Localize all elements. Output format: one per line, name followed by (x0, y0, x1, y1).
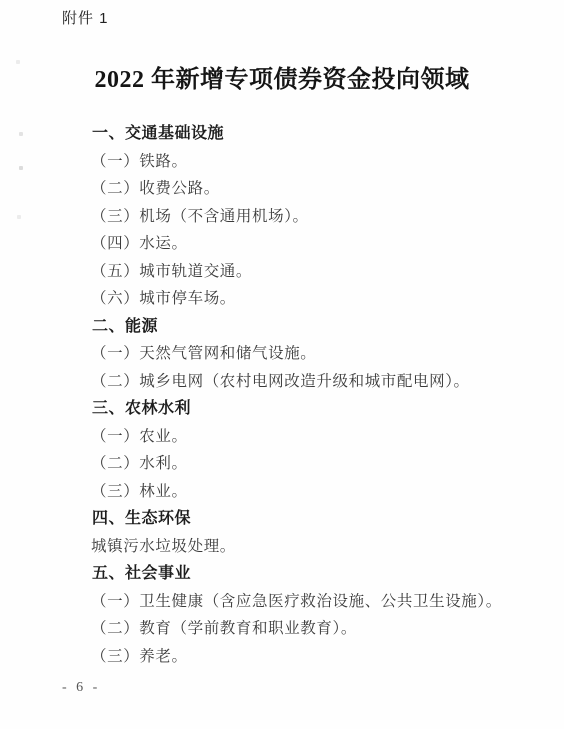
section-heading: 一、交通基础设施 (60, 120, 508, 148)
document-title: 2022 年新增专项债券资金投向领域 (0, 64, 564, 97)
body-line: （一）天然气管网和储气设施。 (60, 340, 508, 368)
body-line: （二）教育（学前教育和职业教育）。 (60, 615, 508, 643)
body-line: （一）铁路。 (60, 148, 508, 176)
section-heading: 二、能源 (60, 313, 508, 341)
body-line: （六）城市停车场。 (60, 285, 508, 313)
doc-body: 一、交通基础设施（一）铁路。（二）收费公路。（三）机场（不含通用机场）。（四）水… (0, 120, 564, 670)
scan-speck (16, 60, 20, 64)
body-line: （二）收费公路。 (60, 175, 508, 203)
body-line: （二）水利。 (60, 450, 508, 478)
document-page: 附件 1 2022 年新增专项债券资金投向领域 一、交通基础设施（一）铁路。（二… (0, 0, 564, 729)
section-heading: 五、社会事业 (60, 560, 508, 588)
scan-speck (17, 215, 21, 219)
body-line: （五）城市轨道交通。 (60, 258, 508, 286)
body-line: （三）养老。 (60, 643, 508, 671)
section-heading: 四、生态环保 (60, 505, 508, 533)
section-heading: 三、农林水利 (60, 395, 508, 423)
body-line: （一）农业。 (60, 423, 508, 451)
body-line: （四）水运。 (60, 230, 508, 258)
body-line: （三）机场（不含通用机场）。 (60, 203, 508, 231)
scan-speck (19, 132, 23, 136)
page-number: - 6 - (62, 680, 100, 696)
body-line: （一）卫生健康（含应急医疗救治设施、公共卫生设施）。 (60, 588, 508, 616)
body-line: （二）城乡电网（农村电网改造升级和城市配电网）。 (60, 368, 508, 396)
body-line: 城镇污水垃圾处理。 (60, 533, 508, 561)
attachment-label: 附件 1 (0, 0, 564, 29)
body-line: （三）林业。 (60, 478, 508, 506)
scan-speck (19, 166, 23, 170)
